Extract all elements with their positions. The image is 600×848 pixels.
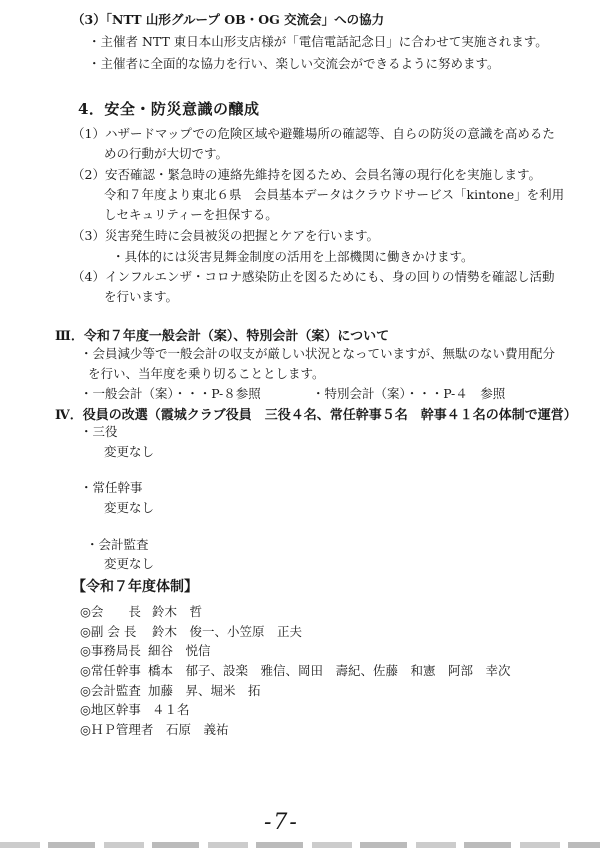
section-4-item: （3）災害発生時に会員被災の把握とケアを行います。 bbox=[72, 228, 379, 244]
officer-group-label: ・三役 bbox=[80, 424, 118, 440]
roster-role: ◎副 会 長 bbox=[80, 624, 152, 640]
section-4-item-cont: 令和７年度より東北６県 会員基本データはクラウドサービス「kintone」を利用 bbox=[104, 187, 564, 203]
roster-role: ◎ＨＰ管理者 bbox=[80, 722, 166, 738]
roster-role: ◎地区幹事 bbox=[80, 702, 152, 718]
special-account-ref: ・特別会計（案）・・・P-４ 参照 bbox=[312, 386, 505, 402]
section-III-heading: Ⅲ．令和７年度一般会計（案）、特別会計（案）について bbox=[55, 325, 389, 344]
section-4-item: （4）インフルエンザ・コロナ感染防止を図るためにも、身の回りの情勢を確認し活動 bbox=[72, 269, 554, 285]
officer-group-status: 変更なし bbox=[104, 556, 154, 572]
roster-names: 鈴木 俊一、小笠原 正夫 bbox=[152, 624, 302, 639]
roster-row: ◎地区幹事４１名 bbox=[80, 702, 190, 718]
section-4-item: （1）ハザードマップでの危険区域や避難場所の確認等、自らの防災の意識を高めるた bbox=[72, 126, 555, 142]
roster-names: 細谷 悦信 bbox=[148, 643, 211, 658]
page-number: -7- bbox=[264, 810, 299, 835]
section-III-bullet: ・会員減少等で一般会計の収支が厳しい状況となっていますが、無駄のない費用配分 bbox=[80, 346, 555, 362]
section-3-bullet: ・主催者 NTT 東日本山形支店様が「電信電話記念日」に合わせて実施されます。 bbox=[88, 34, 548, 50]
roster-role: ◎事務局長 bbox=[80, 643, 148, 659]
roster-names: 鈴木 哲 bbox=[152, 604, 202, 619]
section-4-item: （2）安否確認・緊急時の連絡先維持を図るため、会員名簿の現行化を実施します。 bbox=[72, 167, 541, 183]
section-III-bullet-cont: を行い、当年度を乗り切ることとします。 bbox=[88, 366, 325, 382]
roster-heading: 【令和７年度体制】 bbox=[72, 576, 198, 596]
roster-names: ４１名 bbox=[152, 702, 190, 717]
section-IV-heading: Ⅳ．役員の改選（霞城クラブ役員 三役４名、常任幹事５名 幹事４１名の体制で運営） bbox=[55, 404, 577, 423]
roster-row: ◎ＨＰ管理者石原 義祐 bbox=[80, 722, 229, 738]
roster-row: ◎常任幹事橋本 郁子、設楽 雅信、岡田 壽紀、佐藤 和憲 阿部 幸次 bbox=[80, 663, 511, 679]
section-3-heading: （3）「NTT 山形グループ OB・OG 交流会」への協力 bbox=[72, 12, 384, 28]
roster-role: ◎会 長 bbox=[80, 604, 152, 620]
section-4-item-cont: ・具体的には災害見舞金制度の活用を上部機関に働きかけます。 bbox=[112, 249, 474, 265]
section-4-heading: 4．安全・防災意識の醸成 bbox=[78, 98, 259, 119]
roster-row: ◎会 長鈴木 哲 bbox=[80, 604, 202, 620]
roster-names: 橋本 郁子、設楽 雅信、岡田 壽紀、佐藤 和憲 阿部 幸次 bbox=[148, 663, 511, 678]
section-3-bullet: ・主催者に全面的な協力を行い、楽しい交流会ができるように努めます。 bbox=[88, 56, 500, 72]
roster-role: ◎常任幹事 bbox=[80, 663, 148, 679]
roster-row: ◎事務局長細谷 悦信 bbox=[80, 643, 211, 659]
roster-role: ◎会計監査 bbox=[80, 683, 148, 699]
section-4-item-cont: しセキュリティーを担保する。 bbox=[104, 207, 278, 223]
section-4-item-cont: めの行動が大切です。 bbox=[104, 146, 228, 162]
officer-group-status: 変更なし bbox=[104, 500, 154, 516]
officer-group-status: 変更なし bbox=[104, 444, 154, 460]
general-account-ref: ・一般会計（案）・・・P-８参照 bbox=[80, 386, 261, 402]
officer-group-label: ・常任幹事 bbox=[80, 480, 143, 496]
roster-names: 石原 義祐 bbox=[166, 722, 229, 737]
roster-row: ◎副 会 長鈴木 俊一、小笠原 正夫 bbox=[80, 624, 302, 640]
scan-edge-artifact bbox=[0, 842, 600, 848]
section-4-item-cont: を行います。 bbox=[104, 289, 178, 305]
roster-names: 加藤 昇、堀米 拓 bbox=[148, 683, 261, 698]
roster-row: ◎会計監査加藤 昇、堀米 拓 bbox=[80, 683, 261, 699]
officer-group-label: ・会計監査 bbox=[86, 537, 149, 553]
